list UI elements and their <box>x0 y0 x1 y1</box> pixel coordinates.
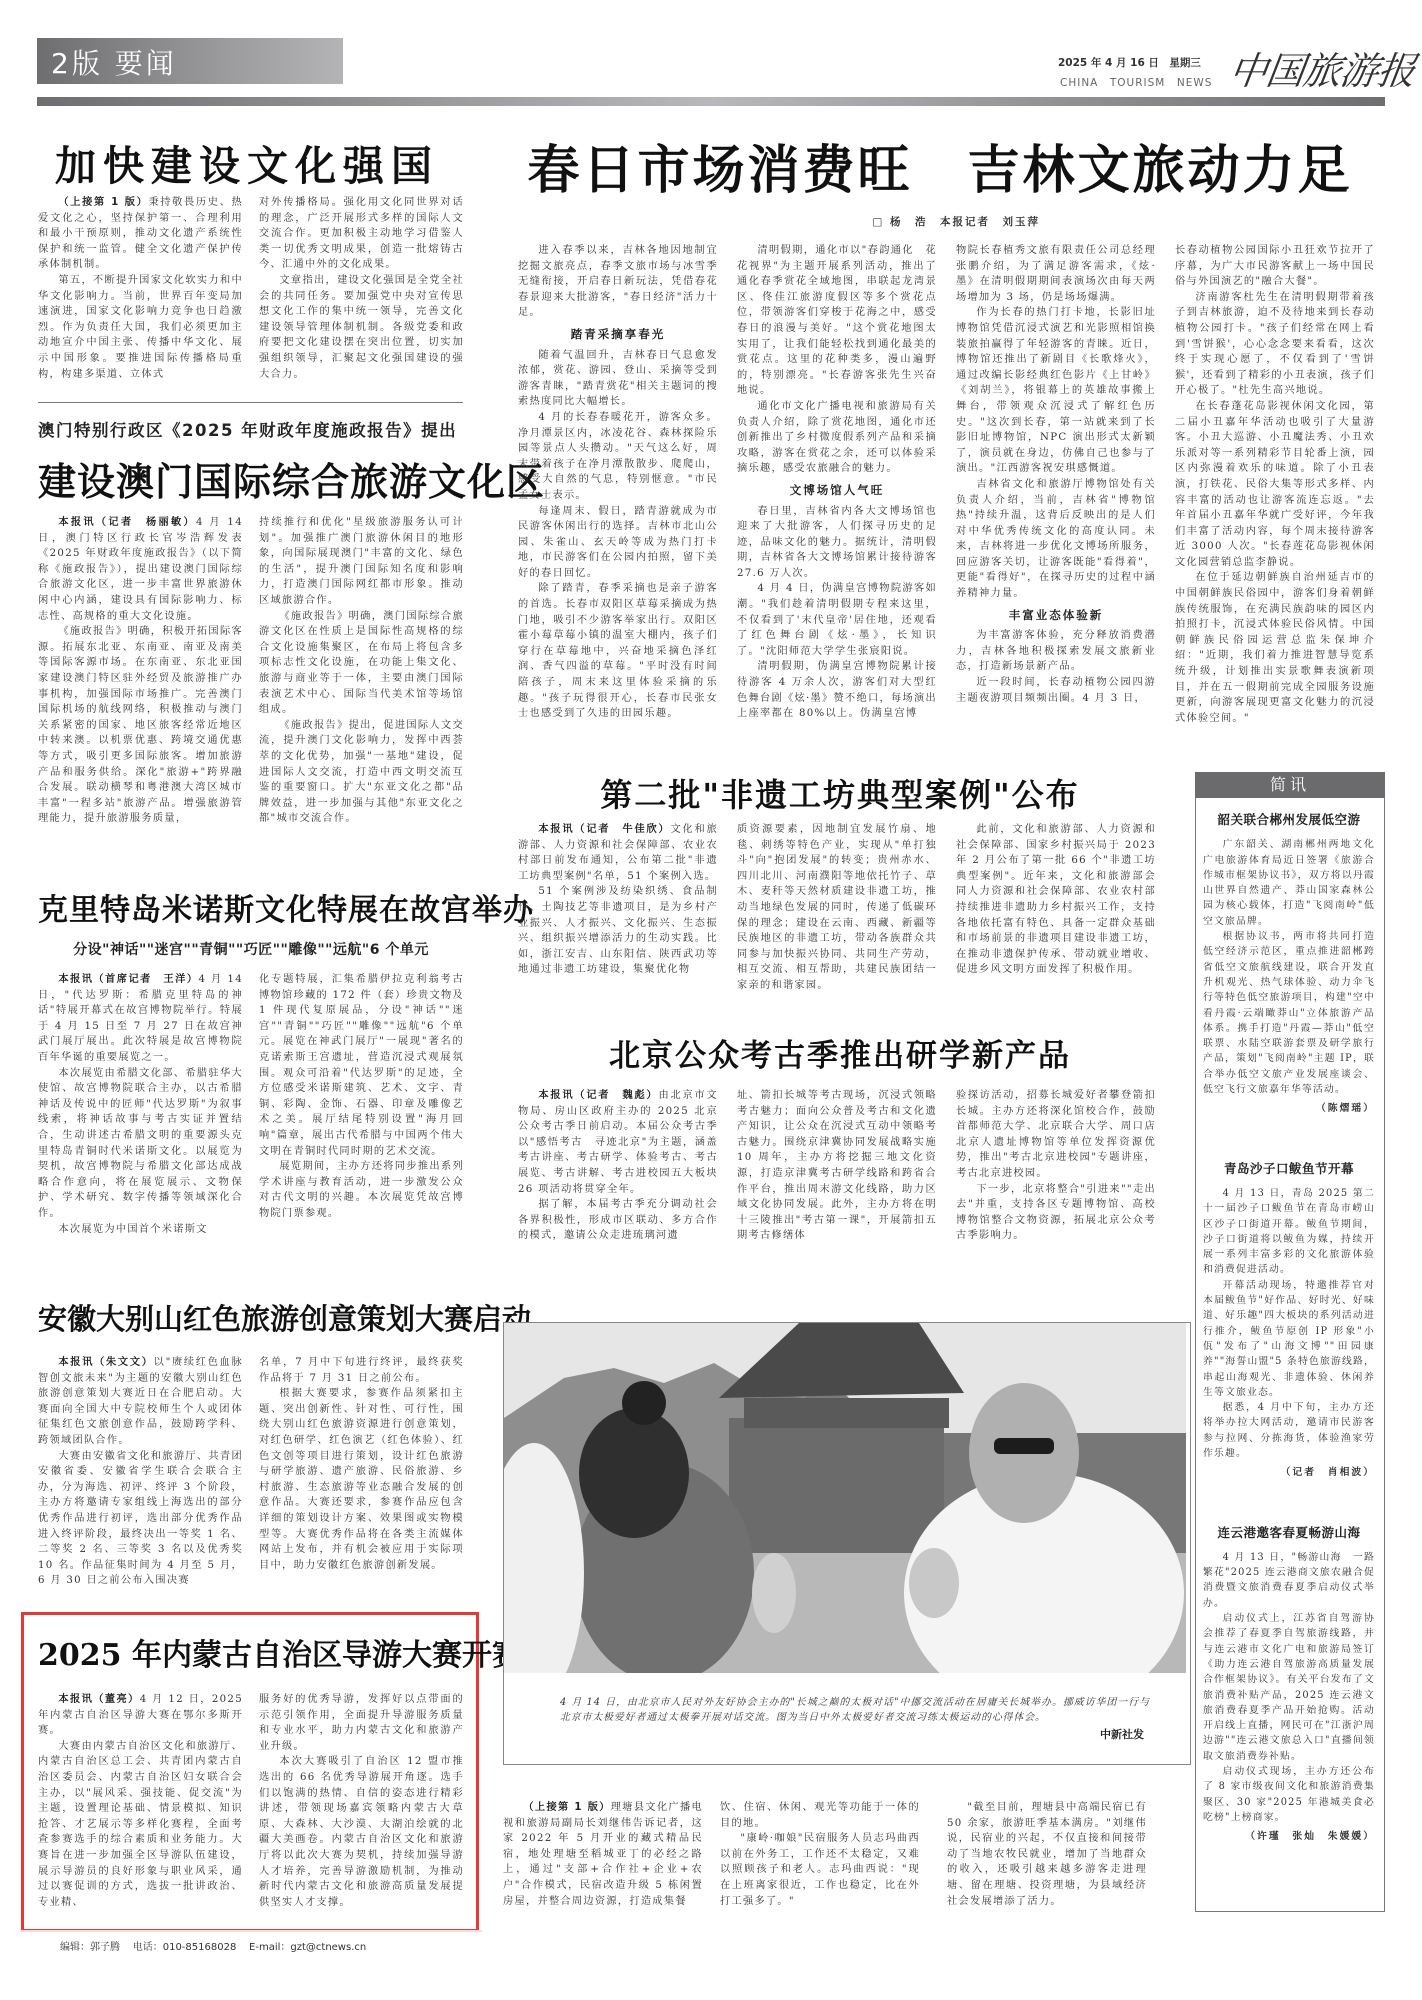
paragraph: 验探访活动，招募长城爱好者攀登箭扣长城。主办方还将深化馆校合作，鼓励首都师范大学… <box>956 1088 1156 1182</box>
paragraph: 据了解，本届考古季充分调动社会各界积极性，形成市区联动、多方合作的模式，邀请公众… <box>518 1197 718 1244</box>
headline-crete: 克里特岛米诺斯文化特展在故宫举办 <box>38 885 464 929</box>
paragraph-text: 本次大赛吸引了自治区 12 盟市推选出的 66 名优秀导游展开角逐。选手们以饱满… <box>259 1756 464 1907</box>
article-anhui-col1: 本报讯（朱文文）以"赓续红色血脉 智创文旅未来"为主题的安徽大别山红色旅游创意策… <box>38 1355 243 1590</box>
paragraph: 随着气温回升，吉林春日气息愈发浓郁，赏花、游园、登山、采摘等受到游客青睐，"踏青… <box>518 348 718 410</box>
paragraph-text: "康岭·咖娘"民宿服务人员志玛曲西以前在外务工，工作还不太稳定，又难以照顾孩子和… <box>720 1833 920 1906</box>
article-anhui-col2: 名单，7 月中下旬进行终评，最终获奖作品将于 7 月 31 日之前公布。根据大赛… <box>259 1355 464 1590</box>
paragraph-text: "截至目前，理塘县中高端民宿已有 50 余家，旅游旺季基本满房。"刘继伟说，民宿… <box>947 1802 1147 1907</box>
paragraph-text: 持续推行和优化"星级旅游服务认可计划"。加强推广澳门旅游休闲目的地形象，向国际展… <box>259 517 464 606</box>
paragraph: 展览期间，主办方还将同步推出系列学术讲座与教育活动，进一步激发公众对古代文明的兴… <box>259 1159 464 1221</box>
brief-paragraph: 4 月 13 日，青岛 2025 第二十一届沙子口鲅鱼节在青岛市崂山区沙子口街道… <box>1203 1186 1375 1278</box>
brief-title: 青岛沙子口鲅鱼节开幕 <box>1203 1161 1375 1176</box>
paragraph: 清明假期，通化市以"春韵通化 花花视界"为主题开展系列活动，推出了通化春季赏花全… <box>737 243 937 399</box>
brief-item: 韶关联合郴州发展低空游广东韶关、湖南郴州两地文化广电旅游体育局近日签署《旅游合作… <box>1203 812 1375 1117</box>
paragraph: 本次展览为中国首个米诺斯文 <box>38 1222 243 1238</box>
article-beijing-col2: 址、箭扣长城等考古现场，沉浸式领略考古魅力；面向公众普及考古和文化遗产知识，让公… <box>737 1088 937 1308</box>
headline-inner-mongolia: 2025 年内蒙古自治区导游大赛开赛 <box>38 1630 464 1674</box>
article-heritage-col2: 质资源要素，因地制宜发展竹扇、地毯、刺绣等特色产业，实现从"单打独斗"向"抱团发… <box>737 822 937 1002</box>
paragraph-text: 近一段时间，长春动植物公园四游主题夜游项目频频出圈。4 月 3 日， <box>956 677 1156 704</box>
brief-author: （陈熠瑶） <box>1203 1101 1375 1116</box>
paragraph: 持续推行和优化"星级旅游服务认可计划"。加强推广澳门旅游休闲目的地形象，向国际展… <box>259 515 464 609</box>
article-jilin-col1: 进入春季以来，吉林各地因地制宜挖掘文旅亮点，春季文旅市场与冰雪季无缝衔接，开启春… <box>518 243 718 743</box>
paragraph: 名单，7 月中下旬进行终评，最终获奖作品将于 7 月 31 日之前公布。 <box>259 1355 464 1386</box>
paragraph: 作为长春的热门打卡地，长影旧址博物馆凭借沉浸式演艺和光影照相馆换装旅拍赢得了年轻… <box>956 305 1156 477</box>
subhead-crete: 分设"神话""迷宫""青铜""巧匠""雕像""远航"6 个单元 <box>38 939 464 959</box>
paragraph-text: 作为长春的热门打卡地，长影旧址博物馆凭借沉浸式演艺和光影照相馆换装旅拍赢得了年轻… <box>956 307 1156 474</box>
paragraph-text: 大赛由安徽省文化和旅游厅、共青团安徽省委、安徽省学生联合会联合主办，分为海选、初… <box>38 1451 243 1587</box>
article-jilin-col4: 长春动植物公园国际小丑狂欢节拉开了序幕，为广大市民游客献上一场中国民俗与外国演艺… <box>1175 243 1375 743</box>
paragraph: 下一步，北京将整合"引进来""走出去"并重，支持各区专题博物馆、高校博物馆整合文… <box>956 1182 1156 1244</box>
paragraph: 春日里，吉林省内各大文博场馆也迎来了大批游客，人们探寻历史的足迹，品味文化的魅力… <box>737 504 937 582</box>
paragraph-text: 《施政报告》提出，促进国际人文交流，提升澳门文化影响力，发挥中西荟萃的文化优势，… <box>259 720 464 825</box>
paragraph: "截至目前，理塘县中高端民宿已有 50 余家，旅游旺季基本满房。"刘继伟说，民宿… <box>947 1800 1147 1909</box>
paragraph-text: 除了踏青，春季采摘也是亲子游客的首选。长春市双阳区草莓采摘成为热门地，吸引不少游… <box>518 583 718 719</box>
section-subhead: 文博场馆人气旺 <box>737 483 937 499</box>
paragraph: 本报讯（记者 牛佳欣）文化和旅游部、人力资源和社会保障部、农业农村部日前发布通知… <box>518 822 718 884</box>
paragraph-text: 清明假期，通化市以"春韵通化 花花视界"为主题开展系列活动，推出了通化春季赏花全… <box>737 245 937 396</box>
brief-paragraph: 广东韶关、湖南郴州两地文化广电旅游体育局近日签署《旅游合作城市框架协议书》，双方… <box>1203 837 1375 929</box>
paragraph-text: 吉林省文化和旅游厅博物馆处有关负责人介绍，当前，吉林省"博物馆热"持续升温，这背… <box>956 479 1156 599</box>
section-subhead: 踏青采摘享春光 <box>518 327 718 343</box>
paragraph: 本报讯（首席记者 王洋）4 月 14 日，"代达罗斯：希腊克里特岛的神话"特展开… <box>38 972 243 1066</box>
article-crete-col1: 本报讯（首席记者 王洋）4 月 14 日，"代达罗斯：希腊克里特岛的神话"特展开… <box>38 972 243 1254</box>
masthead-rule <box>37 97 1385 106</box>
photo-caption-text: 4 月 14 日，由北京市人民对外友好协会主办的"长城之巅的太极对话"中挪交流活… <box>560 1697 1150 1723</box>
paragraph-text: 秉持敬畏历史、热爱文化之心，坚持保护第一、合理利用和最小干预原则，推动文化遗产系… <box>38 197 243 270</box>
paragraph-text: 随着气温回升，吉林春日气息愈发浓郁，赏花、游园、登山、采摘等受到游客青睐，"踏青… <box>518 350 718 408</box>
article-heritage-col1: 本报讯（记者 牛佳欣）文化和旅游部、人力资源和社会保障部、农业农村部日前发布通知… <box>518 822 718 1002</box>
paragraph: 本报讯（记者 魏彪）由北京市文物局、房山区政府主办的 2025 北京公众考古季日… <box>518 1088 718 1197</box>
brief-title: 连云港邀客春夏畅游山海 <box>1203 1525 1375 1540</box>
paragraph: 对外传播格局。强化用文化同世界对话的理念，广泛开展形式多样的国际人文交流合作。更… <box>259 195 464 273</box>
paragraph-text: 《施政报告》明确，积极开拓国际客源。拓展东北亚、东南亚、南亚及南美等国际客源市场… <box>38 626 243 824</box>
article-heritage-col3: 此前，文化和旅游部、人力资源和社会保障部、国家乡村振兴局于 2023 年 2 月… <box>956 822 1156 1002</box>
brief-paragraph: 据悉，4 月中下旬，主办方还将举办拉大网活动，邀请市民游客参与拉网、分拣海货，体… <box>1203 1400 1375 1461</box>
headline-beijing: 北京公众考古季推出研学新产品 <box>500 1030 1180 1075</box>
article-culture-col2: 对外传播格局。强化用文化同世界对话的理念，广泛开展形式多样的国际人文交流合作。更… <box>259 195 464 385</box>
photo-illustration <box>504 1323 1186 1673</box>
paragraph: 此前，文化和旅游部、人力资源和社会保障部、国家乡村振兴局于 2023 年 2 月… <box>956 822 1156 978</box>
paragraph-text: 每逢周末、假日，踏青游就成为市民游客休闲出行的选择。吉林市北山公园、朱雀山、玄天… <box>518 506 718 579</box>
paragraph-text: 以"赓续红色血脉 智创文旅未来"为主题的安徽大别山红色旅游创意策划大赛近日在合肥… <box>38 1357 243 1446</box>
paragraph: 本报讯（董亮）4 月 12 日，2025 年内蒙古自治区导游大赛在鄂尔多斯开赛。 <box>38 1692 243 1739</box>
photo-caption: 4 月 14 日，由北京市人民对外友好协会主办的"长城之巅的太极对话"中挪交流活… <box>560 1695 1150 1725</box>
article-inner-mongolia-col2: 服务好的优秀导游，发挥好以点带面的示范引领作用，全面提升导游服务质量和专业水平，… <box>259 1692 464 1922</box>
brief-item: 连云港邀客春夏畅游山海4 月 13 日，"畅游山海 一路繁花"2025 连云港商… <box>1203 1525 1375 1845</box>
newspaper-logo: 中国旅游报 <box>1226 40 1419 95</box>
headline-macau: 建设澳门国际综合旅游文化区 <box>38 451 464 506</box>
paragraph: 在位于延边朝鲜族自治州延吉市的中国朝鲜族民俗园中，游客们身着朝鲜族传统服饰，在充… <box>1175 570 1375 726</box>
paragraph-text: 展览期间，主办方还将同步推出系列学术讲座与教育活动，进一步激发公众对古代文明的兴… <box>259 1161 464 1219</box>
paragraph: 大赛由安徽省文化和旅游厅、共青团安徽省委、安徽省学生联合会联合主办，分为海选、初… <box>38 1449 243 1589</box>
paragraph-text: 清明假期，伪满皇宫博物院累计接待游客 4 万余人次，游客们对大型红色舞台剧《炫·… <box>737 661 937 719</box>
article-jilin-col2: 清明假期，通化市以"春韵通化 花花视界"为主题开展系列活动，推出了通化春季赏花全… <box>737 243 937 743</box>
paragraph: 文章指出，建设文化强国是全党全社会的共同任务。要加强党中央对宣传思想文化工作的集… <box>259 273 464 382</box>
paragraph-text: 对外传播格局。强化用文化同世界对话的理念，广泛开展形式多样的国际人文交流合作。更… <box>259 197 464 270</box>
paragraph-text: 质资源要素，因地制宜发展竹扇、地毯、刺绣等特色产业，实现从"单打独斗"向"抱团发… <box>737 824 937 991</box>
footer-phone: 电话：010-85168028 <box>133 1942 237 1953</box>
paragraph: 为丰富游客体验，充分释放消费潜力，吉林各地积极探索发展文旅新业态，打造新场景新产… <box>956 628 1156 675</box>
paragraph: 服务好的优秀导游，发挥好以点带面的示范引领作用，全面提升导游服务质量和专业水平，… <box>259 1692 464 1754</box>
paragraph-text: 本次展览为中国首个米诺斯文 <box>58 1224 207 1235</box>
paragraph: 本次大赛吸引了自治区 12 盟市推选出的 66 名优秀导游展开角逐。选手们以饱满… <box>259 1754 464 1910</box>
article-beijing-col1: 本报讯（记者 魏彪）由北京市文物局、房山区政府主办的 2025 北京公众考古季日… <box>518 1088 718 1308</box>
headline-jilin: 春日市场消费旺 吉林文旅动力足 <box>500 128 1380 203</box>
dateline: 本报讯（记者 魏彪） <box>538 1090 658 1101</box>
paragraph: 除了踏青，春季采摘也是亲子游客的首选。长春市双阳区草莓采摘成为热门地，吸引不少游… <box>518 581 718 721</box>
paragraph: 化专题特展，汇集希腊伊拉克利翁考古博物馆珍藏的 172 件（套）珍贵文物及 1 … <box>259 972 464 1159</box>
photo-taichi-great-wall <box>504 1323 1186 1673</box>
brief-paragraph: 开幕活动现场，特邀推荐官对本届鲅鱼节"好作品、好时光、好味道、好乐趣"四大板块的… <box>1203 1278 1375 1400</box>
article-litang-col3: "截至目前，理塘县中高端民宿已有 50 余家，旅游旺季基本满房。"刘继伟说，民宿… <box>947 1800 1147 1925</box>
paragraph-text: 进入春季以来，吉林各地因地制宜挖掘文旅亮点，春季文旅市场与冰雪季无缝衔接，开启春… <box>518 245 718 318</box>
paragraph-text: 化专题特展，汇集希腊伊拉克利翁考古博物馆珍藏的 172 件（套）珍贵文物及 1 … <box>259 974 464 1157</box>
paragraph: 饮、住宿、休闲、观光等功能于一体的目的地。 <box>720 1800 920 1831</box>
paragraph-text: 长春动植物公园国际小丑狂欢节拉开了序幕，为广大市民游客献上一场中国民俗与外国演艺… <box>1175 245 1375 287</box>
paragraph: 第五，不断提升国家文化软实力和中华文化影响力。当前，世界百年变局加速演进，国家文… <box>38 273 243 382</box>
paragraph: 《施政报告》明确，积极开拓国际客源。拓展东北亚、东南亚、南亚及南美等国际客源市场… <box>38 624 243 827</box>
paragraph-text: 服务好的优秀导游，发挥好以点带面的示范引领作用，全面提升导游服务质量和专业水平，… <box>259 1694 464 1752</box>
paragraph: 每逢周末、假日，踏青游就成为市民游客休闲出行的选择。吉林市北山公园、朱雀山、玄天… <box>518 504 718 582</box>
dateline: （上接第 1 版） <box>523 1802 610 1813</box>
paragraph: 济南游客杜先生在清明假期带着孩子到吉林旅游，迫不及待地来到长春动植物公园打卡。"… <box>1175 290 1375 399</box>
article-jilin-col3: 物院长春植秀文旅有限责任公司总经理张鹏介绍，为了满足游客需求，《炫·墨》在清明假… <box>956 243 1156 743</box>
paragraph: （上接第 1 版）秉持敬畏历史、热爱文化之心，坚持保护第一、合理利用和最小干预原… <box>38 195 243 273</box>
article-crete-col2: 化专题特展，汇集希腊伊拉克利翁考古博物馆珍藏的 172 件（套）珍贵文物及 1 … <box>259 972 464 1254</box>
article-litang-col1: （上接第 1 版）理塘县文化广播电视和旅游局副局长刘继伟告诉记者，这家 2022… <box>503 1800 703 1925</box>
paragraph-text: 济南游客杜先生在清明假期带着孩子到吉林旅游，迫不及待地来到长春动植物公园打卡。"… <box>1175 292 1375 397</box>
photo-credit: 中新社发 <box>1100 1726 1144 1742</box>
paragraph: 本报讯（记者 杨丽敏）4 月 14 日，澳门特区行政长官岑浩辉发表《2025 年… <box>38 515 243 624</box>
headline-heritage: 第二批"非遗工坊典型案例"公布 <box>500 770 1180 816</box>
dateline: 本报讯（董亮） <box>58 1694 139 1705</box>
paragraph: 《施政报告》提出，促进国际人文交流，提升澳门文化影响力，发挥中西荟萃的文化优势，… <box>259 718 464 827</box>
paragraph: 址、箭扣长城等考古现场，沉浸式领略考古魅力；面向公众普及考古和文化遗产知识，让公… <box>737 1088 937 1244</box>
article-culture-col1: （上接第 1 版）秉持敬畏历史、热爱文化之心，坚持保护第一、合理利用和最小干预原… <box>38 195 243 385</box>
paragraph: （上接第 1 版）理塘县文化广播电视和旅游局副局长刘继伟告诉记者，这家 2022… <box>503 1800 703 1909</box>
paragraph: 吉林省文化和旅游厅博物馆处有关负责人介绍，当前，吉林省"博物馆热"持续升温，这背… <box>956 477 1156 602</box>
headline-culture: 加快建设文化强国 <box>55 133 439 192</box>
dateline: 本报讯（首席记者 王洋） <box>58 974 198 985</box>
paragraph-text: 下一步，北京将整合"引进来""走出去"并重，支持各区专题博物馆、高校博物馆整合文… <box>956 1184 1156 1242</box>
kicker-macau: 澳门特别行政区《2025 年财政年度施政报告》提出 <box>38 417 457 441</box>
article-macau-col2: 持续推行和优化"星级旅游服务认可计划"。加强推广澳门旅游休闲目的地形象，向国际展… <box>259 515 464 845</box>
paragraph: 通化市文化广播电视和旅游局有关负责人介绍，除了赏花地图，通化市还创新推出了乡村微… <box>737 399 937 477</box>
paragraph-text: 名单，7 月中下旬进行终评，最终获奖作品将于 7 月 31 日之前公布。 <box>259 1357 464 1384</box>
masthead-date: 2025 年 4 月 16 日 星期三 <box>1058 55 1201 70</box>
paragraph: 51 个案例涉及纺染织绣、食品制作、土陶技艺等非遗项目，是为乡村产业振兴、人才振… <box>518 884 718 978</box>
footer-info: 编辑：郭子腾 电话：010-85168028 E-mail：gzt@ctnews… <box>60 1938 366 1953</box>
headline-anhui: 安徽大别山红色旅游创意策划大赛启动 <box>38 1297 464 1338</box>
paragraph: 4 月的长春春暖花开，游客众多。净月潭景区内，冰凌花谷、森林探险乐园等景点人头攒… <box>518 410 718 504</box>
article-macau-col1: 本报讯（记者 杨丽敏）4 月 14 日，澳门特区行政长官岑浩辉发表《2025 年… <box>38 515 243 845</box>
paragraph: 质资源要素，因地制宜发展竹扇、地毯、刺绣等特色产业，实现从"单打独斗"向"抱团发… <box>737 822 937 994</box>
paragraph-text: 4 月 14 日，澳门特区行政长官岑浩辉发表《2025 年财政年度施政报告》（以… <box>38 517 243 622</box>
dateline: 本报讯（朱文文） <box>58 1357 153 1368</box>
section-subhead: 丰富业态体验新 <box>956 608 1156 624</box>
paragraph-text: 物院长春植秀文旅有限责任公司总经理张鹏介绍，为了满足游客需求，《炫·墨》在清明假… <box>956 245 1156 303</box>
paragraph-text: 4 月 4 日，伪满皇宫博物院游客如潮。"我们趁着清明假期专程来这里，不仅看到了… <box>737 583 937 656</box>
briefs-header: 简讯 <box>1195 772 1385 798</box>
paragraph: 4 月 4 日，伪满皇宫博物院游客如潮。"我们趁着清明假期专程来这里，不仅看到了… <box>737 581 937 659</box>
paragraph: "康岭·咖娘"民宿服务人员志玛曲西以前在外务工，工作还不太稳定，又难以照顾孩子和… <box>720 1831 920 1909</box>
paragraph-text: 第五，不断提升国家文化软实力和中华文化影响力。当前，世界百年变局加速演进，国家文… <box>38 275 243 380</box>
paragraph-text: 此前，文化和旅游部、人力资源和社会保障部、国家乡村振兴局于 2023 年 2 月… <box>956 824 1156 975</box>
brief-paragraph: 4 月 13 日，"畅游山海 一路繁花"2025 连云港商文旅农融合促消费暨文旅… <box>1203 1550 1375 1611</box>
section-banner: 2版 要闻 <box>37 38 343 84</box>
paragraph-text: 4 月的长春春暖花开，游客众多。净月潭景区内，冰凌花谷、森林探险乐园等景点人头攒… <box>518 412 718 501</box>
dateline: 本报讯（记者 牛佳欣） <box>538 824 670 835</box>
paragraph-text: 址、箭扣长城等考古现场，沉浸式领略考古魅力；面向公众普及考古和文化遗产知识，让公… <box>737 1090 937 1241</box>
paragraph-text: 为丰富游客体验，充分释放消费潜力，吉林各地积极探索发展文旅新业态，打造新场景新产… <box>956 630 1156 672</box>
paragraph: 在长春蓬花岛影视休闲文化园，第二届小丑嘉年华活动也吸引了大量游客。小丑大巡游、小… <box>1175 399 1375 571</box>
paragraph-text: 根据大赛要求，参赛作品须紧扣主题、突出创新性、针对性、可行性，围绕大别山红色旅游… <box>259 1388 464 1571</box>
masthead-english-name: CHINA TOURISM NEWS <box>1060 75 1212 90</box>
byline-jilin: □ 杨 浩 本报记者 刘玉萍 <box>700 214 1040 229</box>
brief-author: （记者 肖相波） <box>1203 1465 1375 1480</box>
article-beijing-col3: 验探访活动，招募长城爱好者攀登箭扣长城。主办方还将深化馆校合作，鼓励首都师范大学… <box>956 1088 1156 1308</box>
brief-paragraph: 启动仪式上，江苏省自驾游协会推荐了春夏季自驾旅游线路，并与连云港市文化广电和旅游… <box>1203 1611 1375 1764</box>
paragraph-text: 大赛由内蒙古自治区文化和旅游厅、内蒙古自治区总工会、共青团内蒙古自治区委员会、内… <box>38 1741 243 1908</box>
footer-highlight-strip <box>20 1930 482 1932</box>
paragraph-text: 理塘县文化广播电视和旅游局副局长刘继伟告诉记者，这家 2022 年 5 月开业的… <box>503 1802 703 1907</box>
paragraph-text: 验探访活动，招募长城爱好者攀登箭扣长城。主办方还将深化馆校合作，鼓励首都师范大学… <box>956 1090 1156 1179</box>
brief-item: 青岛沙子口鲅鱼节开幕4 月 13 日，青岛 2025 第二十一届沙子口鲅鱼节在青… <box>1203 1161 1375 1481</box>
paragraph-text: 春日里，吉林省内各大文博场馆也迎来了大批游客，人们探寻历史的足迹，品味文化的魅力… <box>737 506 937 579</box>
footer-editor: 编辑：郭子腾 <box>60 1942 120 1953</box>
paragraph-text: 在位于延边朝鲜族自治州延吉市的中国朝鲜族民俗园中，游客们身着朝鲜族传统服饰，在充… <box>1175 572 1375 723</box>
paragraph: 近一段时间，长春动植物公园四游主题夜游项目频频出圈。4 月 3 日， <box>956 675 1156 706</box>
brief-author: （许瑾 张灿 朱媛媛） <box>1203 1829 1375 1844</box>
article-litang-col2: 饮、住宿、休闲、观光等功能于一体的目的地。"康岭·咖娘"民宿服务人员志玛曲西以前… <box>720 1800 920 1925</box>
paragraph: 长春动植物公园国际小丑狂欢节拉开了序幕，为广大市民游客献上一场中国民俗与外国演艺… <box>1175 243 1375 290</box>
brief-title: 韶关联合郴州发展低空游 <box>1203 812 1375 827</box>
paragraph-text: 由北京市文物局、房山区政府主办的 2025 北京公众考古季日前启动。本届公众考古… <box>518 1090 718 1195</box>
paragraph-text: 据了解，本届考古季充分调动社会各界积极性，形成市区联动、多方合作的模式，邀请公众… <box>518 1199 718 1241</box>
paragraph-text: 本次展览由希腊文化部、希腊驻华大使馆、故宫博物院联合主办，以古希腊神话及传说中的… <box>38 1068 243 1219</box>
section-label: 2版 要闻 <box>51 42 177 82</box>
briefs-list: 韶关联合郴州发展低空游广东韶关、湖南郴州两地文化广电旅游体育局近日签署《旅游合作… <box>1203 812 1375 1902</box>
paragraph: 《施政报告》明确，澳门国际综合旅游文化区在性质上是国际性高规格的综合文化设施集聚… <box>259 609 464 718</box>
brief-paragraph: 启动仪式现场，主办方还公布了 8 家市级夜间文化和旅游消费集聚区、30 家"20… <box>1203 1764 1375 1825</box>
paragraph: 根据大赛要求，参赛作品须紧扣主题、突出创新性、针对性、可行性，围绕大别山红色旅游… <box>259 1386 464 1573</box>
dateline: 本报讯（记者 杨丽敏） <box>58 517 196 528</box>
paragraph: 进入春季以来，吉林各地因地制宜挖掘文旅亮点，春季文旅市场与冰雪季无缝衔接，开启春… <box>518 243 718 321</box>
paragraph: 本次展览由希腊文化部、希腊驻华大使馆、故宫博物院联合主办，以古希腊神话及传说中的… <box>38 1066 243 1222</box>
paragraph: 物院长春植秀文旅有限责任公司总经理张鹏介绍，为了满足游客需求，《炫·墨》在清明假… <box>956 243 1156 305</box>
dateline: （上接第 1 版） <box>58 197 148 208</box>
footer-email: E-mail：gzt@ctnews.cn <box>249 1942 366 1953</box>
brief-paragraph: 根据协议书，两市将共同打造低空经济示范区，重点推进韶郴跨省低空文旅航线建设，联合… <box>1203 929 1375 1097</box>
paragraph-text: 4 月 14 日，"代达罗斯：希腊克里特岛的神话"特展开幕式在故宫博物院举行。特… <box>38 974 243 1063</box>
divider <box>38 402 463 403</box>
paragraph-text: 《施政报告》明确，澳门国际综合旅游文化区在性质上是国际性高规格的综合文化设施集聚… <box>259 611 464 716</box>
paragraph: 本报讯（朱文文）以"赓续红色血脉 智创文旅未来"为主题的安徽大别山红色旅游创意策… <box>38 1355 243 1449</box>
paragraph: 清明假期，伪满皇宫博物院累计接待游客 4 万余人次，游客们对大型红色舞台剧《炫·… <box>737 659 937 721</box>
paragraph-text: 51 个案例涉及纺染织绣、食品制作、土陶技艺等非遗项目，是为乡村产业振兴、人才振… <box>518 886 718 975</box>
article-inner-mongolia-col1: 本报讯（董亮）4 月 12 日，2025 年内蒙古自治区导游大赛在鄂尔多斯开赛。… <box>38 1692 243 1922</box>
briefs-header-label: 简讯 <box>1270 775 1310 794</box>
paragraph-text: 通化市文化广播电视和旅游局有关负责人介绍，除了赏花地图，通化市还创新推出了乡村微… <box>737 401 937 474</box>
paragraph-text: 在长春蓬花岛影视休闲文化园，第二届小丑嘉年华活动也吸引了大量游客。小丑大巡游、小… <box>1175 401 1375 568</box>
paragraph: 大赛由内蒙古自治区文化和旅游厅、内蒙古自治区总工会、共青团内蒙古自治区委员会、内… <box>38 1739 243 1911</box>
paragraph-text: 文章指出，建设文化强国是全党全社会的共同任务。要加强党中央对宣传思想文化工作的集… <box>259 275 464 380</box>
paragraph-text: 饮、住宿、休闲、观光等功能于一体的目的地。 <box>720 1802 920 1829</box>
